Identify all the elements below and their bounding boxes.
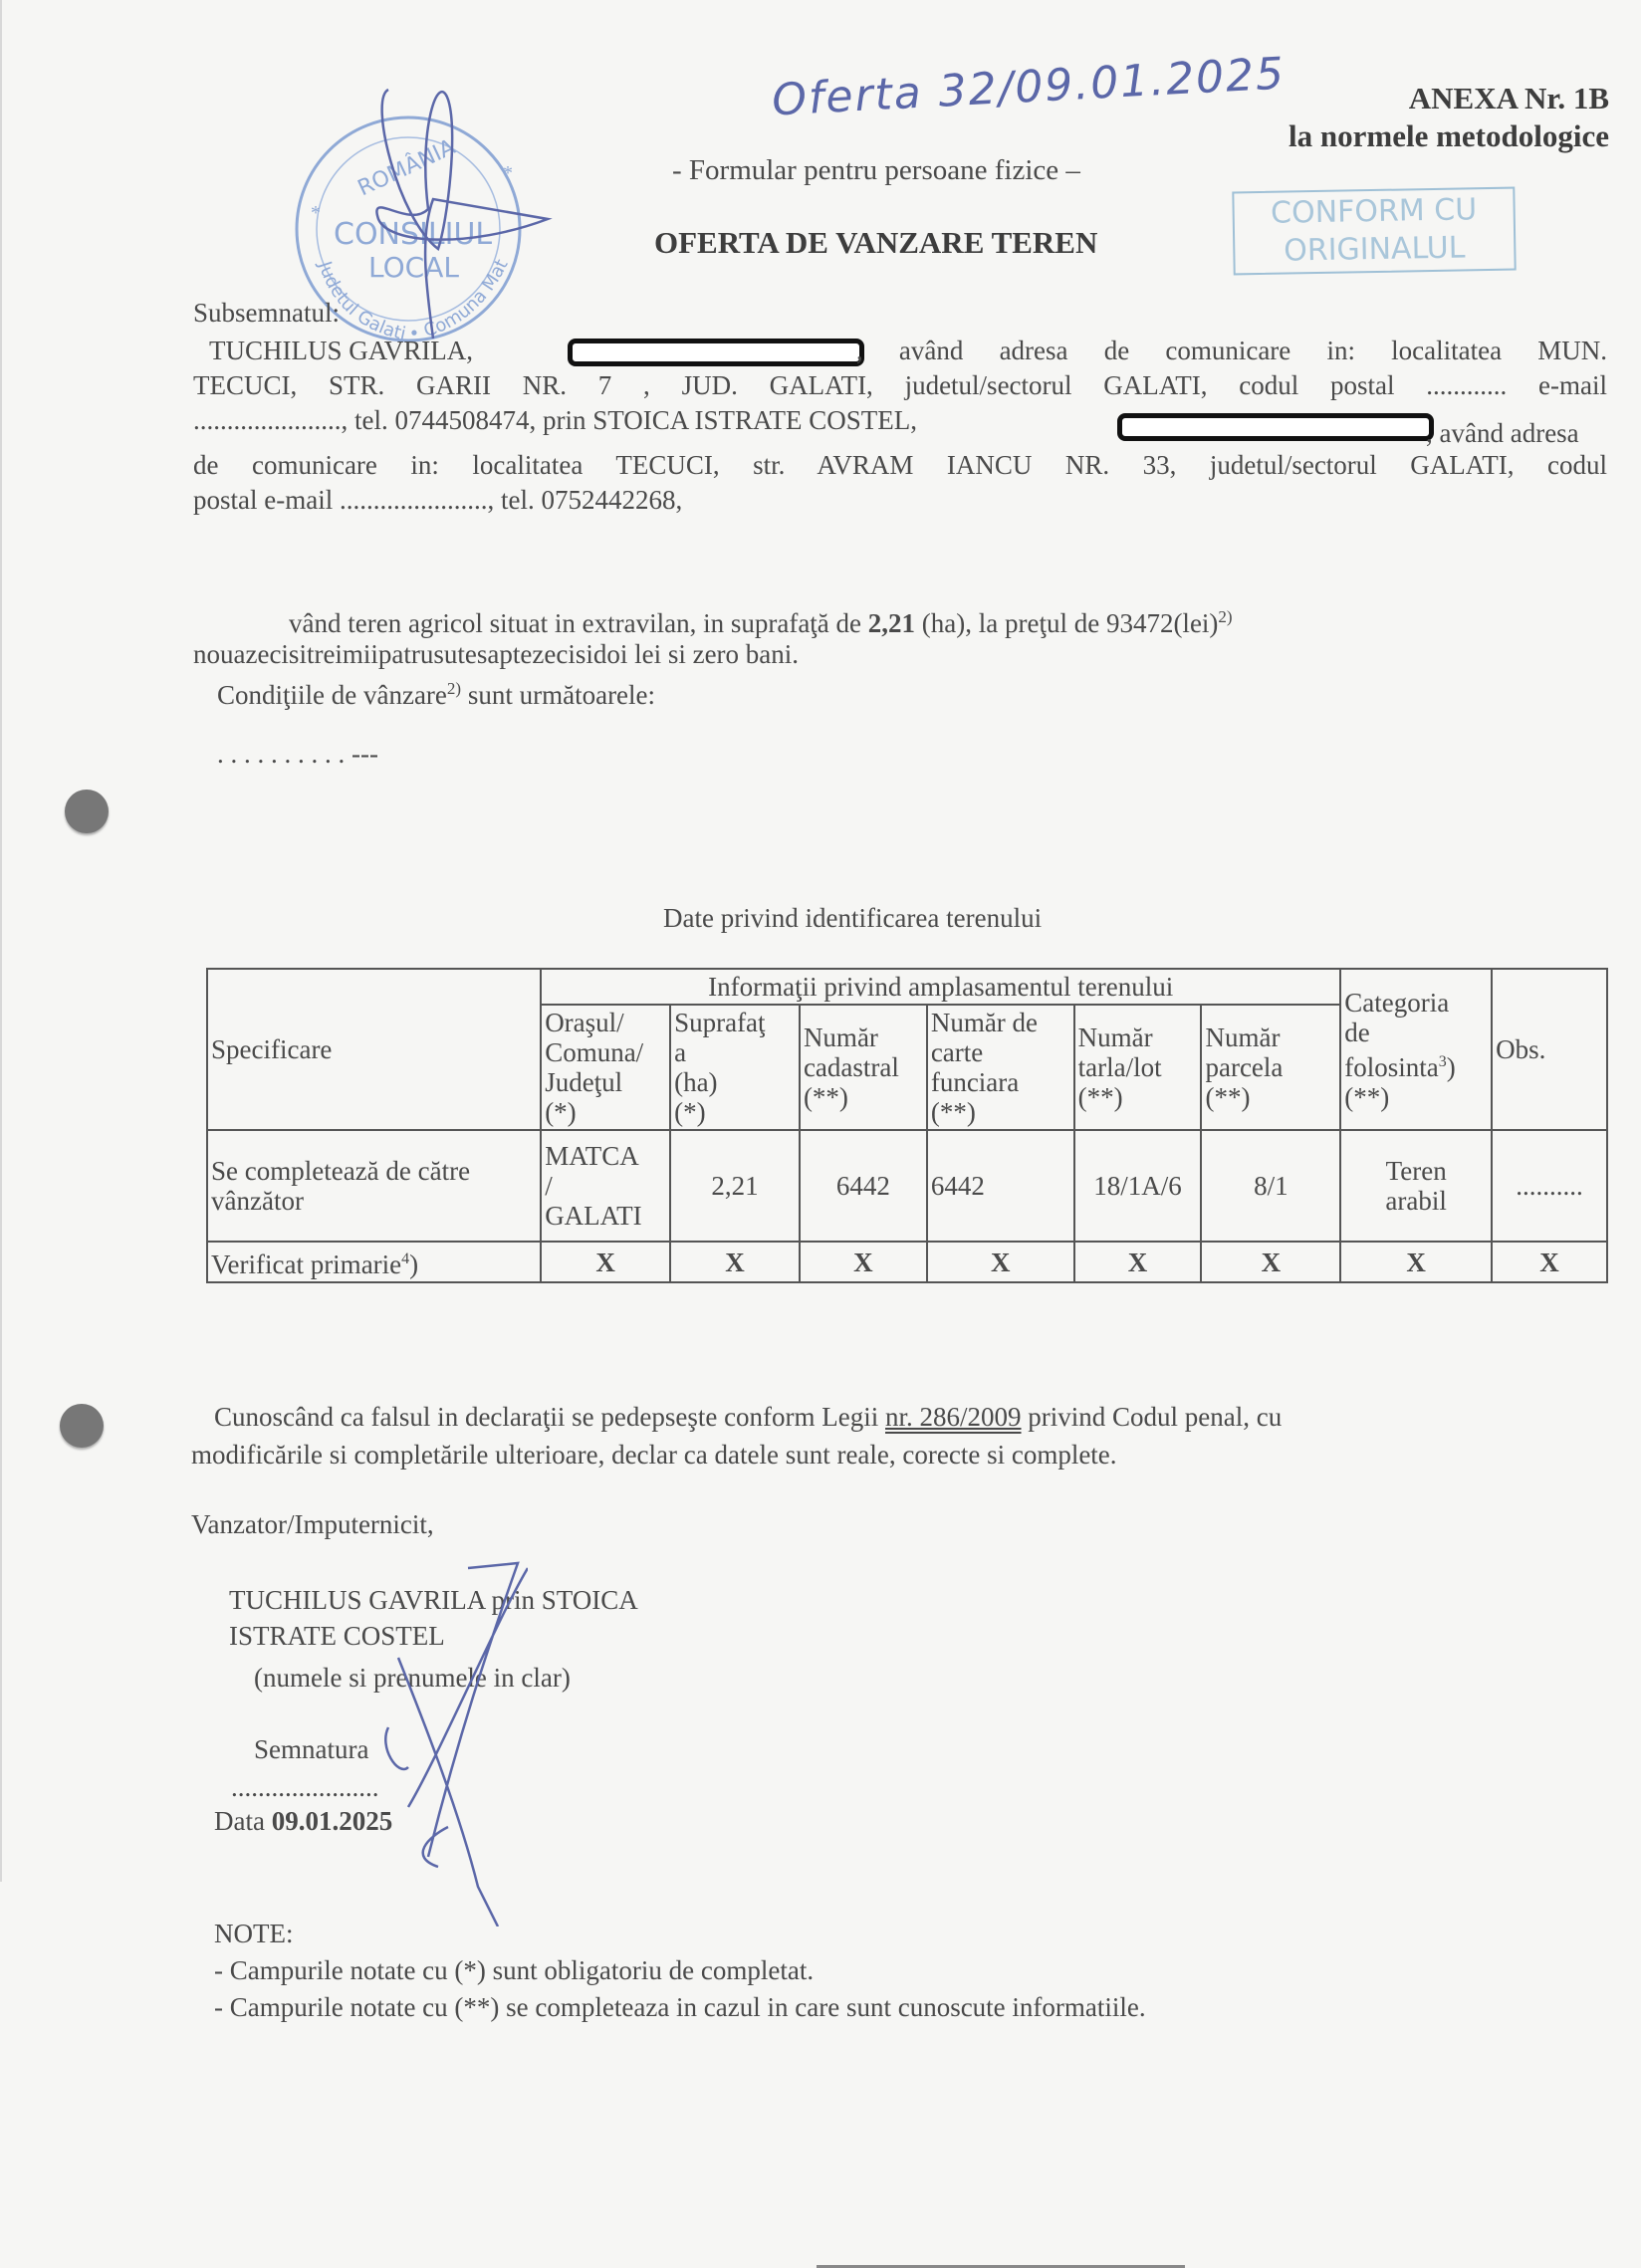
verified-mark: X — [1074, 1242, 1202, 1282]
header-localitate: Oraşul/Comuna/Judeţul(*) — [541, 1005, 670, 1130]
punch-hole — [60, 1404, 104, 1448]
svg-text:*: * — [503, 162, 513, 184]
svg-text:LOCAL: LOCAL — [368, 251, 459, 284]
header-obs: Obs. — [1492, 969, 1607, 1130]
cell-cadastral: 6442 — [800, 1130, 927, 1242]
header-group-amplasament: Informaţii privind amplasamentul terenul… — [541, 969, 1340, 1005]
law-reference-link[interactable]: nr. 286/2009 — [885, 1402, 1022, 1432]
punch-hole — [65, 790, 109, 833]
signature-label: Semnatura — [254, 1732, 368, 1766]
header-categoria: Categoriadefolosinta3)(**) — [1340, 969, 1492, 1130]
note-item: - Campurile notate cu (*) sunt obligator… — [214, 1953, 814, 1987]
conditions-value: . . . . . . . . . . --- — [217, 737, 378, 771]
header-specificare: Specificare — [207, 969, 541, 1130]
header-parcela: Numărparcela(**) — [1201, 1005, 1340, 1130]
stamp-line1: CONFORM CU — [1244, 191, 1504, 234]
form-subtitle: - Formular pentru persoane fizice – — [672, 153, 1080, 187]
table-row-seller: Se completează de cătrevânzător MATCA/GA… — [207, 1130, 1607, 1242]
header-suprafata: Suprafaţa(ha)(*) — [670, 1005, 800, 1130]
stamp-line2: ORIGINALUL — [1245, 229, 1505, 272]
proxy-address-intro: , având adresa — [1426, 416, 1579, 450]
seller-phone-proxy: ......................, tel. 0744508474,… — [193, 403, 917, 437]
cell-suprafata: 2,21 — [670, 1130, 800, 1242]
svg-text:*: * — [311, 202, 321, 224]
verified-mark: X — [670, 1242, 800, 1282]
handwritten-offer-reference: Oferta 32/09.01.2025 — [771, 49, 1287, 126]
table-row-verified: Verificat primarie4) X X X X X X X X — [207, 1242, 1607, 1282]
offer-area: 2,21 — [868, 608, 915, 638]
offer-line: vând teren agricol situat in extravilan,… — [289, 600, 1608, 640]
redacted-cnp — [568, 339, 864, 366]
svg-text:CONSILIUL: CONSILIUL — [334, 217, 492, 252]
verified-mark: X — [1340, 1242, 1492, 1282]
table-caption: Date privind identificarea terenului — [663, 901, 1042, 935]
anexa-line2: la normele metodologice — [1289, 117, 1609, 155]
declaration-line1: Cunoscând ca falsul in declaraţii se ped… — [214, 1400, 1282, 1434]
verified-mark: X — [1492, 1242, 1607, 1282]
seller-name: TUCHILUS GAVRILA, — [209, 334, 473, 367]
header-carte-funciara: Număr decartefunciara(**) — [927, 1005, 1074, 1130]
handwritten-signature-icon — [368, 1558, 528, 1927]
scan-edge — [0, 0, 2, 1882]
verified-mark: X — [927, 1242, 1074, 1282]
cell-categoria: Terenarabil — [1340, 1130, 1492, 1242]
header-cadastral: Numărcadastral(**) — [800, 1005, 927, 1130]
signature-date: Data 09.01.2025 — [214, 1804, 392, 1838]
conform-cu-originalul-stamp: CONFORM CU ORIGINALUL — [1232, 187, 1516, 276]
seller-address-intro: , având adresa de comunicare in: localit… — [856, 334, 1607, 367]
cell-obs: .......... — [1492, 1130, 1607, 1242]
anexa-line1: ANEXA Nr. 1B — [1289, 80, 1609, 117]
verified-mark: X — [800, 1242, 927, 1282]
cell-tarla-lot: 18/1A/6 — [1074, 1130, 1202, 1242]
notes-title: NOTE: — [214, 1917, 293, 1950]
cell-localitate: MATCA/GALATI — [541, 1130, 670, 1242]
seller-address: TECUCI, STR. GARII NR. 7 , JUD. GALATI, … — [193, 368, 1607, 402]
price-in-words: nouazecisitreimiipatrusutesaptezecisidoi… — [193, 637, 799, 671]
subsemnatul-label: Subsemnatul: — [193, 296, 340, 330]
proxy-address: de comunicare in: localitatea TECUCI, st… — [193, 448, 1607, 482]
cell-parcela: 8/1 — [1201, 1130, 1340, 1242]
note-item: - Campurile notate cu (**) se completeaz… — [214, 1990, 1146, 2024]
header-tarla-lot: Numărtarla/lot(**) — [1074, 1005, 1202, 1130]
redacted-proxy-cnp — [1117, 413, 1434, 441]
table-header-row: Specificare Informaţii privind amplasame… — [207, 969, 1607, 1005]
verified-mark: X — [541, 1242, 670, 1282]
verified-mark: X — [1201, 1242, 1340, 1282]
seller-row-label: Se completează de cătrevânzător — [207, 1130, 541, 1242]
land-identification-table: Specificare Informaţii privind amplasame… — [206, 968, 1608, 1283]
verified-row-label: Verificat primarie4) — [207, 1242, 541, 1282]
svg-text:ROMÂNIA: ROMÂNIA — [353, 134, 459, 202]
signature-dots: ...................... — [231, 1770, 379, 1804]
signer-role: Vanzator/Imputernicit, — [191, 1507, 434, 1541]
anexa-label: ANEXA Nr. 1B la normele metodologice — [1289, 80, 1609, 155]
conditions-label: Condiţiile de vânzare2) sunt următoarele… — [217, 672, 655, 712]
declaration-line2: modificările si completările ulterioare,… — [191, 1438, 1117, 1472]
cell-carte-funciara: 6442 — [927, 1130, 1074, 1242]
page-title: OFERTA DE VANZARE TEREN — [654, 225, 1097, 261]
proxy-contact: postal e-mail ......................, te… — [193, 483, 682, 517]
